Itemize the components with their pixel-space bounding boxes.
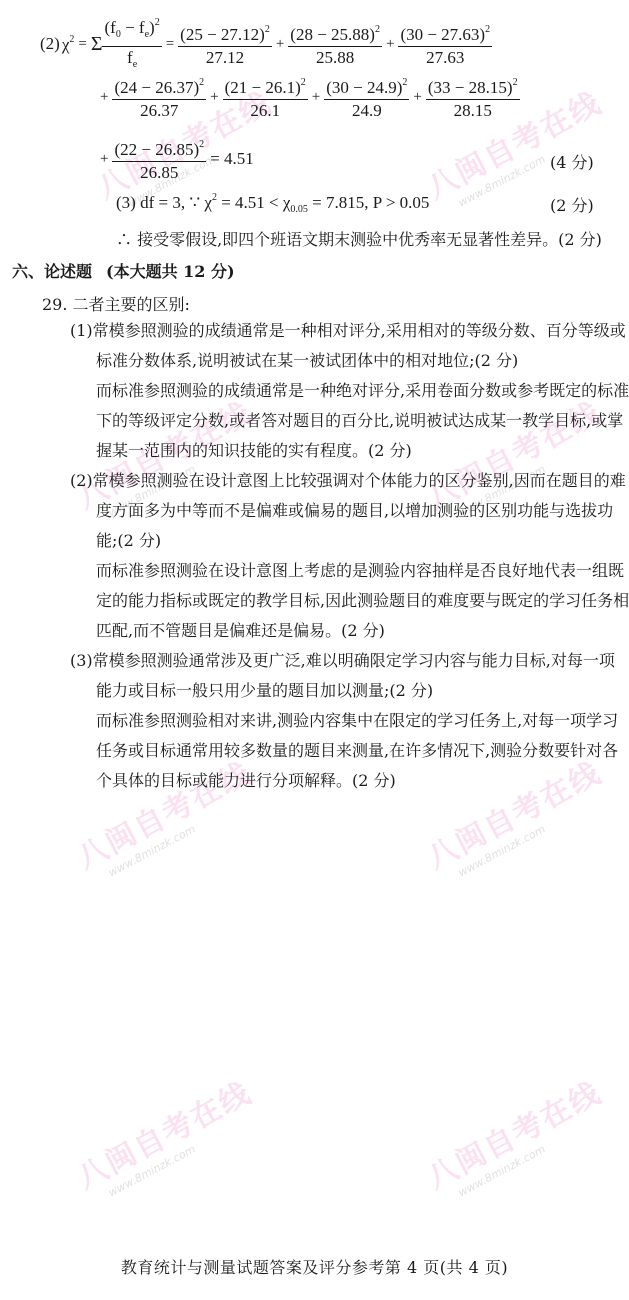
term-fraction: (21 − 26.1)2 26.1	[223, 72, 308, 122]
watermark-url: www.8minzk.com	[456, 787, 614, 879]
watermark-brand: 八闽自考在线	[422, 1075, 608, 1196]
answer-point-2: (2)常模参照测验在设计意图上比较强调对个体能力的区分鉴别,因而在题目的难 度方…	[70, 466, 629, 646]
term-fraction: (22 − 26.85)2 26.85	[112, 134, 206, 184]
chi-square-result: = 4.51	[210, 149, 254, 169]
part3-score: (2 分)	[550, 193, 594, 216]
term-fraction: (33 − 28.15)2 28.15	[426, 72, 520, 122]
answer-point-1: (1)常模参照测验的成绩通常是一种相对评分,采用相对的等级分数、百分等级或 标准…	[70, 316, 629, 466]
term-fraction: (28 − 25.88)2 25.88	[288, 19, 382, 69]
watermark-url: www.8minzk.com	[456, 1107, 614, 1199]
watermark: 八闽自考在线 www.8minzk.com	[68, 1068, 264, 1208]
watermark-brand: 八闽自考在线	[72, 1075, 258, 1196]
page-footer: 教育统计与测量试题答案及评分参考第 4 页(共 4 页)	[0, 1255, 629, 1278]
answer-point-3: (3)常模参照测验通常涉及更广泛,难以明确限定学习内容与能力目标,对每一项 能力…	[70, 646, 618, 796]
term-fraction: (24 − 26.37)2 26.37	[112, 72, 206, 122]
sigma-symbol: Σ	[91, 33, 103, 56]
section-title: 六、论述题(本大题共 12 分)	[12, 259, 235, 282]
part3-conclusion: ∴ 接受零假设,即四个班语文期末测验中优秀率无显著性差异。(2 分)	[116, 227, 602, 250]
chi-square-formula-line3: + (22 − 26.85)2 26.85 = 4.51	[96, 134, 254, 184]
general-fraction: (f0 − fe)2 fe	[102, 12, 161, 76]
watermark-url: www.8minzk.com	[106, 787, 264, 879]
term-fraction: (30 − 27.63)2 27.63	[398, 19, 492, 69]
part3-df-line: (3) df = 3, ∵ χ2 = 4.51 < χ0.05 = 7.815,…	[116, 192, 429, 215]
term-fraction: (30 − 24.9)2 24.9	[324, 72, 409, 122]
part2-label: (2)	[40, 34, 60, 54]
chi-symbol: χ2	[62, 34, 75, 55]
chi-square-formula-line2: + (24 − 26.37)2 26.37 + (21 − 26.1)2 26.…	[96, 72, 520, 122]
watermark-url: www.8minzk.com	[106, 1107, 264, 1199]
part2-score: (4 分)	[550, 150, 594, 173]
term-fraction: (25 − 27.12)2 27.12	[178, 19, 272, 69]
watermark: 八闽自考在线 www.8minzk.com	[418, 1068, 614, 1208]
chi-square-formula-line1: (2) χ2 = Σ (f0 − fe)2 fe = (25 − 27.12)2…	[40, 12, 492, 76]
question-29-intro: 29. 二者主要的区别:	[42, 292, 190, 315]
